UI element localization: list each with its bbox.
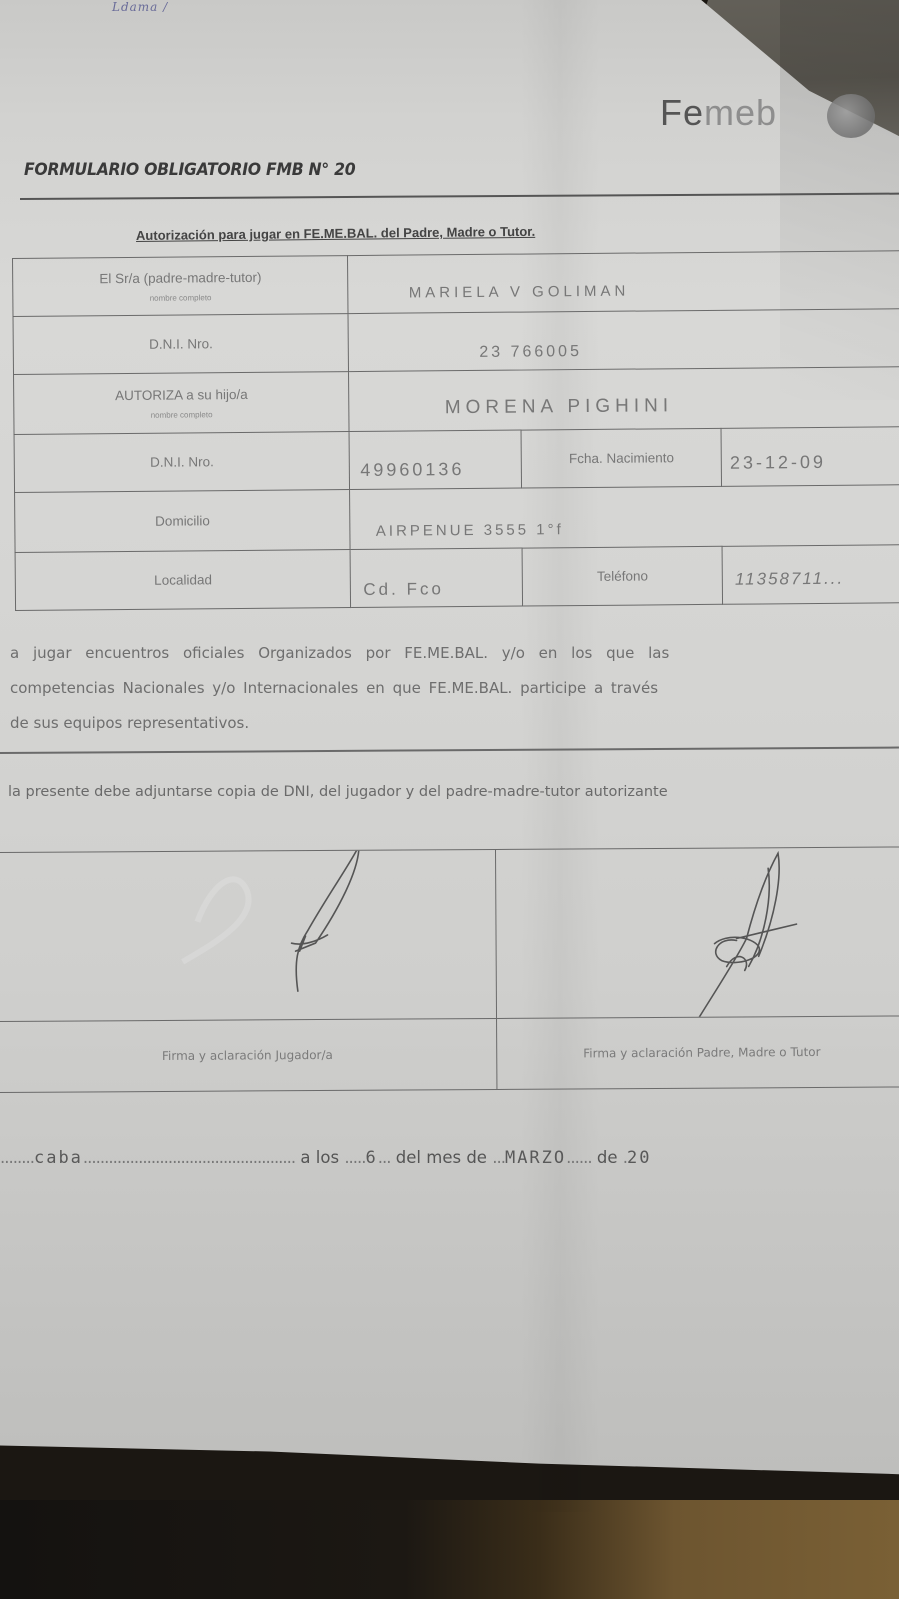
parent-name-field[interactable]: MARIELA V GOLIMAN xyxy=(348,251,899,314)
city-field[interactable]: Cd. Fco xyxy=(351,548,523,607)
parent-dni-field[interactable]: 23 766005 xyxy=(348,309,899,372)
child-dni-field[interactable]: 49960136 xyxy=(349,430,521,489)
row-city-phone: Localidad Cd. Fco Teléfono 11358711... xyxy=(15,545,899,611)
row-child-dni: D.N.I. Nro. 49960136 Fcha. Nacimiento 23… xyxy=(14,427,899,493)
year-field[interactable]: 20 xyxy=(627,1148,651,1168)
address-label: Domicilio xyxy=(15,490,351,553)
city-label: Localidad xyxy=(15,550,351,611)
place-field[interactable]: caba xyxy=(34,1148,83,1168)
dotted-fill: ........ xyxy=(0,1148,34,1167)
attachment-note: la presente debe adjuntarse copia de DNI… xyxy=(8,784,668,800)
row-parent-name: El Sr/a (padre-madre-tutor) nombre compl… xyxy=(13,251,899,317)
parent-name-label: El Sr/a (padre-madre-tutor) xyxy=(99,269,261,285)
text-divider xyxy=(0,747,899,754)
title-divider xyxy=(20,193,899,200)
signature-table: Firma y aclaración Jugador/a Firma y acl… xyxy=(0,846,899,1093)
form-title: FORMULARIO OBLIGATORIO FMB N° 20 xyxy=(24,160,355,179)
parent-signature-box[interactable] xyxy=(496,847,899,1018)
player-signature-box[interactable] xyxy=(0,849,497,1021)
logo-text-faded: meb xyxy=(704,92,777,133)
top-handwritten-scribble: Ldama / xyxy=(112,0,168,14)
parent-dni-label: D.N.I. Nro. xyxy=(13,314,349,375)
player-signature-icon xyxy=(0,850,498,1021)
femebal-logo: Femeb xyxy=(660,92,777,134)
dotted-fill: ... xyxy=(492,1148,505,1167)
parent-name-sublabel: nombre completo xyxy=(13,292,348,304)
de-label: de xyxy=(597,1148,618,1167)
dotted-fill: ... xyxy=(378,1148,391,1167)
authorization-table: El Sr/a (padre-madre-tutor) nombre compl… xyxy=(12,250,899,611)
authorization-text-line: de sus equipos representativos. xyxy=(10,706,890,741)
child-name-label-cell: AUTORIZA a su hijo/a nombre completo xyxy=(14,372,350,435)
parent-signature-caption: Firma y aclaración Padre, Madre o Tutor xyxy=(497,1016,899,1090)
dotted-fill: ........................................… xyxy=(83,1148,295,1167)
child-name-field[interactable]: MORENA PIGHINI xyxy=(349,367,899,432)
player-signature-caption: Firma y aclaración Jugador/a xyxy=(0,1018,497,1092)
del-mes-de-label: del mes de xyxy=(396,1148,487,1167)
parent-signature-icon xyxy=(496,847,899,1018)
address-field[interactable]: AIRPENUE 3555 1°f xyxy=(350,485,899,550)
background-table-surface xyxy=(0,1500,899,1599)
birth-date-label: Fcha. Nacimiento xyxy=(521,428,721,488)
form-document: Ldama / Femeb FORMULARIO OBLIGATORIO FMB… xyxy=(0,0,899,1512)
birth-date-field[interactable]: 23-12-09 xyxy=(721,427,899,487)
child-name-sublabel: nombre completo xyxy=(14,409,349,421)
dotted-fill: ..... xyxy=(344,1148,365,1167)
month-field[interactable]: MARZO xyxy=(505,1148,566,1168)
row-child-name: AUTORIZA a su hijo/a nombre completo MOR… xyxy=(14,367,899,435)
place-date-line: ........caba............................… xyxy=(0,1148,899,1168)
phone-field[interactable]: 11358711... xyxy=(722,545,899,605)
row-parent-dni: D.N.I. Nro. 23 766005 xyxy=(13,309,899,375)
basketball-logo-icon xyxy=(827,94,875,138)
a-los-label: a los xyxy=(300,1148,339,1167)
authorization-text: a jugar encuentros oficiales Organizados… xyxy=(10,636,890,741)
dotted-fill: ...... xyxy=(566,1148,591,1167)
day-field[interactable]: 6 xyxy=(366,1148,378,1168)
authorization-text-line: competencias Nacionales y/o Internaciona… xyxy=(10,671,890,706)
child-name-label: AUTORIZA a su hijo/a xyxy=(115,386,248,402)
logo-text-dark: Fe xyxy=(660,92,704,133)
authorization-text-line: a jugar encuentros oficiales Organizados… xyxy=(10,636,890,671)
child-dni-label: D.N.I. Nro. xyxy=(14,432,350,493)
parent-name-label-cell: El Sr/a (padre-madre-tutor) nombre compl… xyxy=(13,256,349,317)
phone-label: Teléfono xyxy=(522,546,722,606)
row-address: Domicilio AIRPENUE 3555 1°f xyxy=(15,485,899,553)
form-subtitle: Autorización para jugar en FE.ME.BAL. de… xyxy=(136,224,535,243)
